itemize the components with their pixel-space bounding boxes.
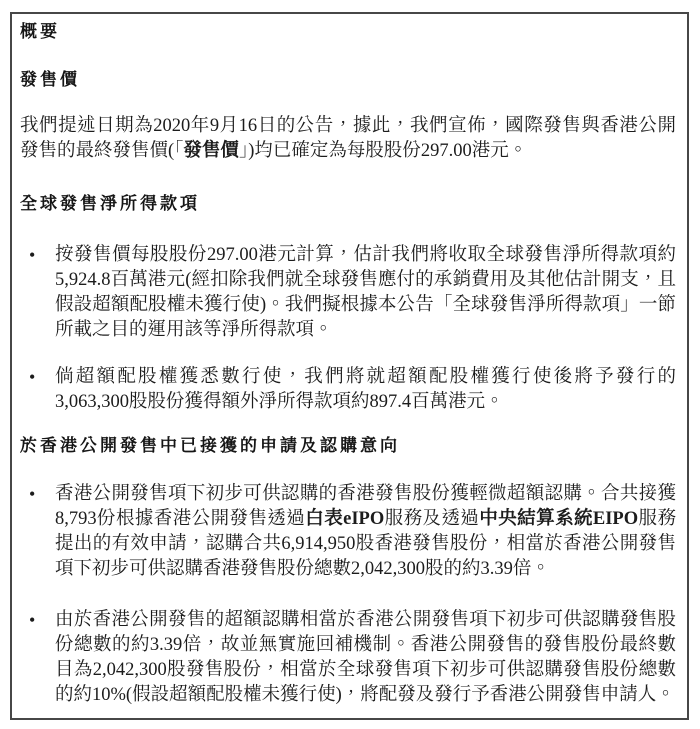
text-segment-bold-ccass-eipo: 中央結算系統EIPO	[479, 509, 638, 529]
document-frame: 概要 發售價 我們提述日期為2020年9月16日的公告，據此，我們宣佈，國際發售…	[10, 12, 689, 720]
text-segment: 由於香港公開發售的超額認購相當於香港公開發售項下初步可供認購發售股份總數的約3.…	[55, 610, 676, 705]
text-segment-bold-white-form-eipo: 白表eIPO	[305, 509, 384, 529]
text-segment: 倘超額配股權獲悉數行使，我們將就超額配股權獲行使後將予發行的3,063,300股…	[55, 367, 676, 412]
list-item-applications-1: •香港公開發售項下初步可供認購的香港發售股份獲輕微超額認購。合共接獲8,793份…	[20, 482, 676, 582]
section-heading-applications-received: 於香港公開發售中已接獲的申請及認購意向	[20, 436, 676, 456]
list-item-applications-2: •由於香港公開發售的超額認購相當於香港公開發售項下初步可供認購發售股份總數的約3…	[20, 608, 676, 708]
bullet-icon: •	[29, 243, 35, 268]
bullet-icon: •	[29, 365, 35, 390]
paragraph-offer-price: 我們提述日期為2020年9月16日的公告，據此，我們宣佈，國際發售與香港公開發售…	[20, 114, 676, 164]
page-background: { "colors": { "text": "#1c1c1c", "border…	[0, 0, 700, 729]
text-segment: 」)均已確定為每股股份297.00港元。	[239, 141, 527, 161]
main-heading: 概要	[20, 22, 676, 42]
text-segment: 按發售價每股股份297.00港元計算，估計我們將收取全球發售淨所得款項約5,92…	[55, 245, 676, 340]
list-item-net-proceeds-2: •倘超額配股權獲悉數行使，我們將就超額配股權獲行使後將予發行的3,063,300…	[20, 365, 676, 415]
text-segment-bold-offer-price-term: 發售價	[183, 141, 239, 161]
text-segment: 服務及透過	[384, 509, 479, 529]
bullet-icon: •	[29, 482, 35, 507]
section-heading-offer-price: 發售價	[20, 70, 676, 90]
section-heading-net-proceeds: 全球發售淨所得款項	[20, 194, 676, 214]
list-item-net-proceeds-1: •按發售價每股股份297.00港元計算，估計我們將收取全球發售淨所得款項約5,9…	[20, 243, 676, 343]
bullet-icon: •	[29, 608, 35, 633]
